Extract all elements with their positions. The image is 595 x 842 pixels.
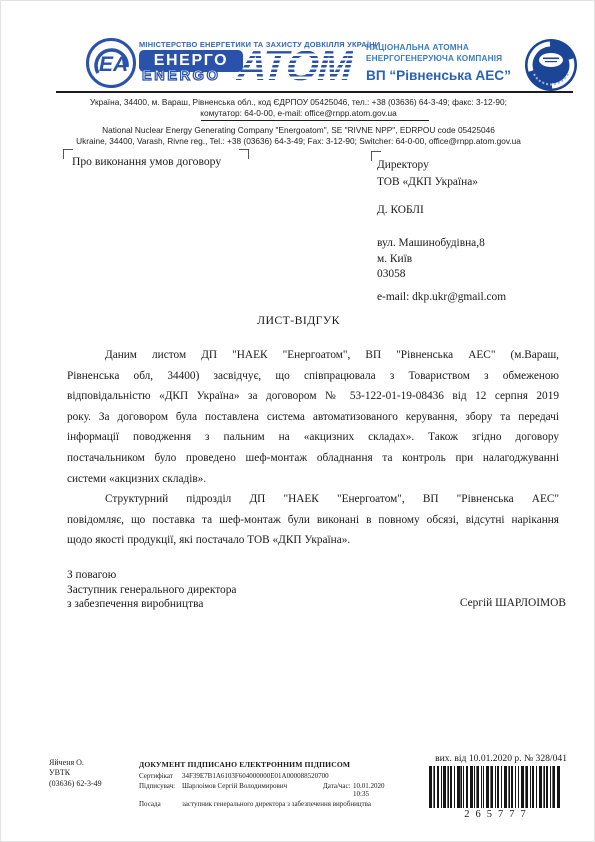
body-line: інформації поводження з пальним на «акци… xyxy=(67,427,559,448)
addressee-email: e-mail: dkp.ukr@gmail.com xyxy=(377,291,506,303)
address-ua-line1: Україна, 34400, м. Вараш, Рівненська обл… xyxy=(1,97,595,107)
subject-line: Про виконання умов договору xyxy=(72,155,221,168)
body-line: року. За договором була поставлена систе… xyxy=(67,407,559,428)
addressee-person: Д. КОБЛІ xyxy=(377,204,424,216)
address-en-line1: National Nuclear Energy Generating Compa… xyxy=(1,125,595,135)
addressee-title: Директору xyxy=(377,159,429,171)
address-divider xyxy=(201,120,429,121)
addressee-street: вул. Машинобудівна,8 xyxy=(377,237,485,249)
signer-value: Шарлоімов Сергій Володимирович xyxy=(182,782,287,790)
addressee-company: ТОВ «ДКП Україна» xyxy=(377,176,478,188)
executor-name: Яйченя О. xyxy=(49,758,102,768)
body-line: щодо якості продукції, які постачало ТОВ… xyxy=(67,530,559,551)
outgoing-number: вих. від 10.01.2020 р. № 328/041 xyxy=(301,753,567,764)
company-name-line2: ЕНЕРГОГЕНЕРУЮЧА КОМПАНІЯ xyxy=(366,54,502,63)
body-line: Структурний підрозділ ДП "НАЕК "Енергоат… xyxy=(67,489,559,510)
signature-salutation: З повагою xyxy=(67,568,237,583)
signer-label: Підписувач: xyxy=(139,782,175,790)
energoatom-emblem-icon: ЕА xyxy=(85,37,137,89)
time-value: 10:35 xyxy=(353,790,369,798)
executor-dept: УВТК xyxy=(49,768,102,778)
addressee-city: м. Київ xyxy=(377,253,412,265)
letter-title: ЛИСТ-ВІДГУК xyxy=(1,313,595,328)
body-line: Даним листом ДП "НАЕК "Енергоатом", ВП "… xyxy=(67,345,559,366)
logo-atom: АТОМ xyxy=(235,42,353,90)
signature-position-line1: Заступник генерального директора xyxy=(67,583,237,598)
certificate-label: Сертифікат xyxy=(139,772,173,780)
svg-text:ЕА: ЕА xyxy=(99,53,128,76)
body-line: системи «акцизних складів». xyxy=(67,469,559,490)
position-value: заступник генерального директора з забез… xyxy=(182,800,371,808)
body-line: повідомляє, що поставка та шеф-монтаж бу… xyxy=(67,510,559,531)
letter-body: Даним листом ДП "НАЕК "Енергоатом", ВП "… xyxy=(67,345,559,551)
executor-block: Яйченя О. УВТК (03636) 62-3-49 xyxy=(49,758,102,789)
header-divider xyxy=(56,91,573,93)
company-name-line1: НАЦІОНАЛЬНА АТОМНА xyxy=(366,43,469,52)
letter-page: ЕА МІНІСТЕРСТВО ЕНЕРГЕТИКИ ТА ЗАХИСТУ ДО… xyxy=(0,0,595,842)
date-value: 10.01.2020 xyxy=(353,782,385,790)
datetime-label: Дата/час: xyxy=(323,782,351,790)
crop-mark-subject-right xyxy=(239,149,249,159)
address-en-line2: Ukraine, 34400, Varash, Rivne reg., Tel.… xyxy=(1,136,595,146)
signature-name: Сергій ШАРЛОІМОВ xyxy=(460,597,566,609)
certification-seal-icon xyxy=(524,38,578,92)
barcode-digits: 265777 xyxy=(429,809,561,820)
position-label: Посада xyxy=(139,800,161,808)
addressee-postal: 03058 xyxy=(377,268,405,280)
signature-block: З повагою Заступник генерального директо… xyxy=(67,568,237,612)
body-line: відповідальністю «ДКП Україна» за догово… xyxy=(67,386,559,407)
certificate-value: 34F39E7B1A6103F604000000E01A000088520700 xyxy=(182,772,329,780)
address-ua-line2: комутатор: 64-0-00, e-mail: office@rnpp.… xyxy=(1,108,595,118)
body-line: Рівненська обл, 34400) засвідчує, що спі… xyxy=(67,366,559,387)
executor-phone: (03636) 62-3-49 xyxy=(49,779,102,789)
signature-position-line2: з забезпечення виробництва xyxy=(67,597,237,612)
barcode-icon xyxy=(429,766,561,808)
logo-energo-latin: ENERGO xyxy=(142,68,220,84)
branch-name: ВП “Рівненська АЕС” xyxy=(366,68,511,83)
body-line: постачальником було проведено шеф-монтаж… xyxy=(67,448,559,469)
